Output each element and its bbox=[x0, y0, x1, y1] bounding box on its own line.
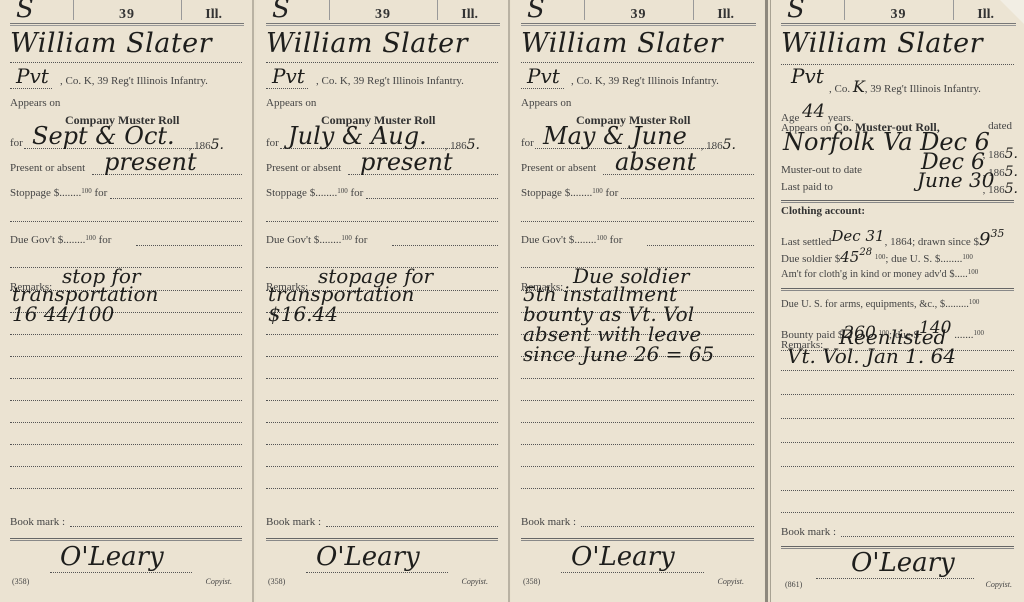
muster-card-3: S 39 Ill. William Slater Pvt , Co. K, 39… bbox=[511, 0, 764, 602]
form-number: (358) bbox=[523, 577, 540, 586]
present-or-absent-label: Present or absent bbox=[10, 162, 85, 174]
muster-card-1: S 39 Ill. William Slater Pvt , Co. K, 39… bbox=[0, 0, 252, 602]
muster-period: May & June bbox=[543, 122, 687, 150]
copyist-signature: O'Leary bbox=[60, 542, 164, 572]
soldier-name: William Slater bbox=[10, 28, 212, 59]
form-number: (861) bbox=[785, 580, 802, 589]
book-mark-label: Book mark : bbox=[781, 526, 836, 538]
drawn-since: 9 bbox=[979, 229, 990, 250]
copyist-signature: O'Leary bbox=[316, 542, 420, 572]
form-number: (358) bbox=[268, 577, 285, 586]
card-header: S 39 Ill. bbox=[10, 0, 244, 24]
remarks-line-3: $16.44 bbox=[268, 302, 338, 326]
present-or-absent-label: Present or absent bbox=[521, 162, 596, 174]
appears-on-label: Appears on bbox=[521, 97, 571, 109]
header-state: Ill. bbox=[461, 7, 478, 23]
presence-status: present bbox=[360, 148, 453, 176]
card-divider bbox=[765, 0, 768, 602]
book-mark-label: Book mark : bbox=[10, 516, 65, 528]
soldier-name: William Slater bbox=[266, 28, 468, 59]
card-divider bbox=[508, 0, 510, 602]
header-state: Ill. bbox=[717, 7, 734, 23]
copyist-label: Copyist. bbox=[718, 577, 744, 586]
book-mark-label: Book mark : bbox=[521, 516, 576, 528]
remarks-line-2: Vt. Vol. Jan 1. 64 bbox=[787, 344, 956, 368]
rank: Pvt bbox=[791, 64, 824, 88]
presence-status: present bbox=[104, 148, 197, 176]
soldier-name: William Slater bbox=[781, 28, 983, 59]
copyist-label: Copyist. bbox=[462, 577, 488, 586]
card-header: S 39 Ill. bbox=[521, 0, 756, 24]
company: K bbox=[853, 77, 865, 96]
unit-line: , Co. K, 39 Reg't Illinois Infantry. bbox=[60, 75, 208, 87]
last-settled: Dec 31 bbox=[831, 227, 884, 245]
age: 44 bbox=[802, 101, 825, 122]
rank: Pvt bbox=[16, 64, 49, 88]
copyist-label: Copyist. bbox=[986, 580, 1012, 589]
muster-card-2: S 39 Ill. William Slater Pvt , Co. K, 39… bbox=[256, 0, 508, 602]
for-label: for bbox=[266, 137, 279, 149]
soldier-name: William Slater bbox=[521, 28, 723, 59]
book-mark-label: Book mark : bbox=[266, 516, 321, 528]
muster-period: July & Aug. bbox=[288, 122, 427, 150]
card-header: S 39 Ill. bbox=[266, 0, 500, 24]
copyist-signature: O'Leary bbox=[851, 548, 955, 578]
muster-period: Sept & Oct. bbox=[32, 122, 175, 150]
card-header: S 39 Ill. bbox=[781, 0, 1016, 24]
remarks-line-5: since June 26 = 65 bbox=[523, 342, 714, 366]
presence-status: absent bbox=[615, 148, 696, 176]
appears-on-label: Appears on bbox=[10, 97, 60, 109]
unit-line: , Co. K, 39 Reg't Illinois Infantry. bbox=[571, 75, 719, 87]
copyist-signature: O'Leary bbox=[571, 542, 675, 572]
for-label: for bbox=[521, 137, 534, 149]
for-label: for bbox=[10, 137, 23, 149]
unit-line: , Co. K, 39 Reg't Illinois Infantry. bbox=[316, 75, 464, 87]
due-soldier: 45 bbox=[840, 248, 859, 266]
appears-on-label: Appears on bbox=[266, 97, 316, 109]
rank: Pvt bbox=[272, 64, 305, 88]
header-state: Ill. bbox=[205, 7, 222, 23]
card-divider bbox=[252, 0, 254, 602]
remarks-line-3: 16 44/100 bbox=[12, 302, 114, 326]
muster-out-card: S 39 Ill. William Slater Pvt , Co. K, 39… bbox=[771, 0, 1024, 602]
form-number: (358) bbox=[12, 577, 29, 586]
rank: Pvt bbox=[527, 64, 560, 88]
header-state: Ill. bbox=[977, 7, 994, 23]
copyist-label: Copyist. bbox=[206, 577, 232, 586]
present-or-absent-label: Present or absent bbox=[266, 162, 341, 174]
